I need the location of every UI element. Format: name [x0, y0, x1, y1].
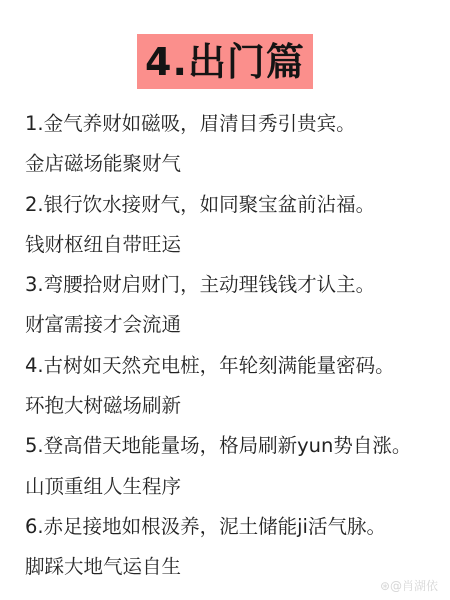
title-banner: 4.出门篇 [137, 34, 313, 89]
title-wrap: 4.出门篇 [0, 34, 450, 89]
watermark: ⊛@肖湖依 [380, 577, 438, 594]
tip-item-5: 5.登高借天地能量场，格局刷新yun势自涨。 [25, 426, 445, 466]
tip-item-3: 3.弯腰拾财启财门，主动理钱钱才认主。 [25, 265, 445, 305]
tip-item-6: 6.赤足接地如根汲养，泥土储能ji活气脉。 [25, 507, 445, 547]
tip-note-3: 财富需接才会流通 [25, 305, 445, 345]
tip-note-1: 金店磁场能聚财气 [25, 144, 445, 184]
content-lines: 1.金气养财如磁吸，眉清目秀引贵宾。 金店磁场能聚财气 2.银行饮水接财气，如同… [25, 104, 445, 588]
tip-note-2: 钱财枢纽自带旺运 [25, 225, 445, 265]
tip-item-2: 2.银行饮水接财气，如同聚宝盆前沾福。 [25, 185, 445, 225]
tip-note-4: 环抱大树磁场刷新 [25, 386, 445, 426]
tip-item-1: 1.金气养财如磁吸，眉清目秀引贵宾。 [25, 104, 445, 144]
tip-note-5: 山顶重组人生程序 [25, 467, 445, 507]
tip-item-4: 4.古树如天然充电桩，年轮刻满能量密码。 [25, 346, 445, 386]
page-title: 4.出门篇 [145, 43, 305, 81]
